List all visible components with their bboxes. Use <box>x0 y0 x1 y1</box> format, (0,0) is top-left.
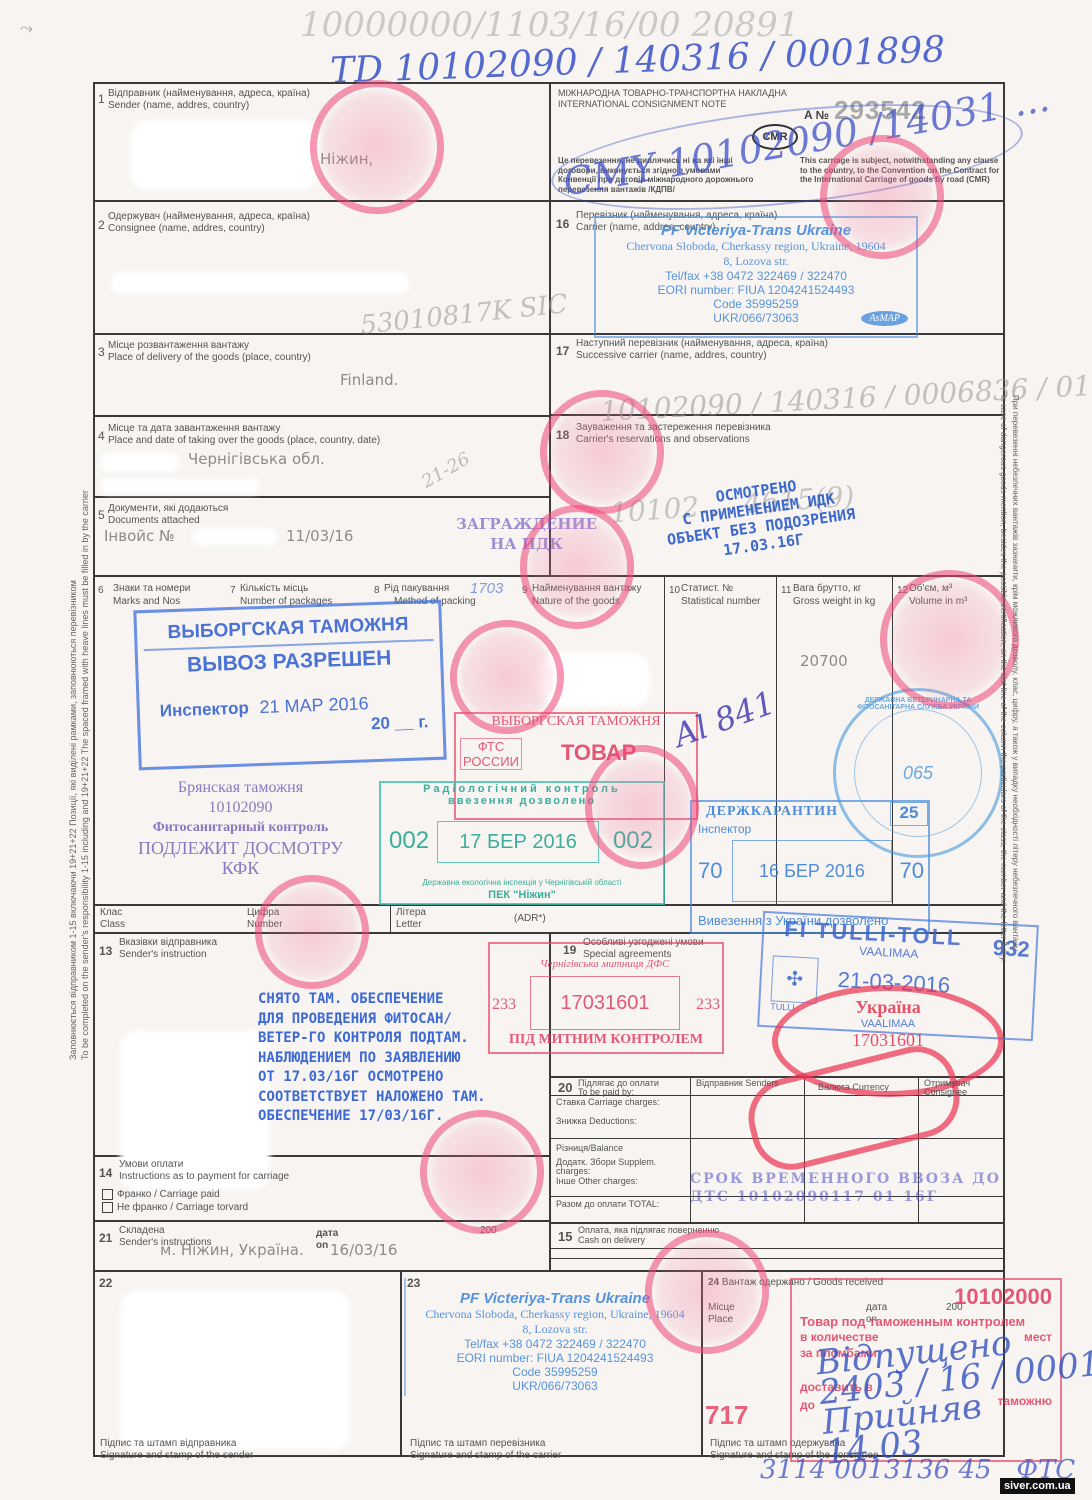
carriage-forward-checkbox[interactable] <box>102 1202 113 1213</box>
left-side-note-en: To be completed on the sender's responsi… <box>80 490 90 1060</box>
vyborg-customs-stamp: ВЫБОРГСКАЯ ТАМОЖНЯ ВЫВОЗ РАЗРЕШЕН Инспек… <box>133 600 446 771</box>
radio-code-left: 002 <box>389 827 429 855</box>
field-1-label-en: Sender (name, addres, country) <box>108 100 249 111</box>
vyborg-date: 21 МАР 2016 <box>259 693 369 717</box>
redacted-date <box>100 478 260 494</box>
field-1-number: 1 <box>98 92 105 106</box>
row-balance: Різниця/Balance <box>556 1143 623 1154</box>
vet-seal-code: 065 <box>836 763 1000 784</box>
established-place-value[interactable]: м. Ніжин, Україна. <box>160 1241 304 1259</box>
sniato-line-1: СНЯТО ТАМ. ОБЕСПЕЧЕНИЕ <box>258 990 486 1010</box>
field-10-number: 10 <box>669 585 680 596</box>
carrier-code-bottom: Code 35995259 <box>406 1365 704 1379</box>
row-carriage-charges: Ставка Carriage charges: <box>556 1098 676 1107</box>
adr-class-ua: Клас <box>100 907 122 918</box>
chernihiv-number: 17031601 <box>530 976 680 1030</box>
field-22-number: 22 <box>99 1276 112 1290</box>
chernihiv-line-2: ПІД МИТНИМ КОНТРОЛЕМ <box>490 1032 722 1048</box>
field-22-sig-ua: Підпис та штамп відправника <box>100 1438 236 1449</box>
field-2-label-ua: Одержувач (найменування, адреса, країна) <box>108 211 310 222</box>
corner-mark-icon: ⤳ <box>20 20 33 38</box>
field-11-label-en: Gross weight in kg <box>793 596 875 607</box>
watermark-site: siver.com.ua <box>1000 1478 1075 1494</box>
right-side-note-en: In case of dangerous goods mention, besi… <box>999 395 1008 962</box>
field-20-number: 20 <box>558 1080 572 1095</box>
derzhkarantyn-inspector: Інспектор <box>698 822 751 836</box>
field-7-number: 7 <box>230 585 236 596</box>
redacted-sender-signature <box>120 1290 350 1450</box>
row-supplementary-charges: Додатк. Збори Supplem. charges: <box>556 1158 676 1176</box>
title-ua: МІЖНАРОДНА ТОВАРНО-ТРАНСПОРТНА НАКЛАДНА <box>558 88 787 99</box>
field-10-label-ua: Статист. № <box>681 583 733 594</box>
company-seal <box>540 390 664 514</box>
carriage-paid-checkbox[interactable] <box>102 1189 113 1200</box>
carrier-eori-bottom: EORI number: FIUA 1204241524493 <box>406 1351 704 1365</box>
customs-717-number: 717 <box>705 1400 748 1431</box>
field-3-label-ua: Місце розвантаження вантажу <box>108 340 249 351</box>
field-4-label-en: Place and date of taking over the goods … <box>108 435 380 446</box>
redacted-sender <box>130 120 320 190</box>
sniato-line-6: СООТВЕТСТВУЕТ НАЛОЖЕНО ТАМ. <box>258 1088 486 1108</box>
field-5-label-ua: Документи, які додаються <box>108 503 228 514</box>
field-13-label-en: Sender's instruction <box>119 949 207 960</box>
tulli-line-2: VAALIMAA <box>859 944 919 961</box>
field-5-label-en: Documents attached <box>108 515 200 526</box>
sniato-line-4: НАБЛЮДЕНИЕМ ПО ЗАЯВЛЕНИЮ <box>258 1049 486 1069</box>
sniato-line-2: ДЛЯ ПРОВЕДЕНИЯ ФИТОСАН/ <box>258 1010 486 1030</box>
bryansk-line-4: ПОДЛЕЖИТ ДОСМОТРУ <box>118 838 363 858</box>
field-14-number: 14 <box>99 1166 112 1180</box>
chernihiv-line-1: Чернігівська митниця ДФС <box>540 958 669 970</box>
field-16-number: 16 <box>556 217 569 231</box>
field-11-number: 11 <box>781 585 791 596</box>
field-1-label-ua: Відправник (найменування, адреса, країна… <box>108 88 310 99</box>
sniato-line-3: ВЕТЕР-ГО КОНТРОЛЯ ПОДТАМ. <box>258 1029 486 1049</box>
derzhkarantyn-date: 16 БЕР 2016 <box>732 840 892 902</box>
row-total: Разом до оплати TOTAL: <box>556 1200 676 1209</box>
packing-stamp: 1703 <box>470 580 503 597</box>
company-seal <box>645 1230 769 1354</box>
field-8-number: 8 <box>374 585 380 596</box>
vyborg-red-line-2: ФТС РОССИИ <box>460 738 522 770</box>
bryansk-line-3: Фитосанитарный контроль <box>118 818 363 838</box>
bryansk-line-1: Брянская таможня <box>118 778 363 798</box>
carrier-tel: Tel/fax +38 0472 322469 / 322470 <box>596 269 916 283</box>
field-8-label-ua: Рід пакування <box>384 583 449 594</box>
adr-letter-en: Letter <box>396 919 422 930</box>
invoice-date[interactable]: 11/03/16 <box>286 527 353 545</box>
title-en: INTERNATIONAL CONSIGNMENT NOTE <box>558 99 726 110</box>
ukraine-red-number: 17031601 <box>778 1030 998 1051</box>
field-21-date-en: on <box>316 1240 328 1251</box>
radio-line-4: ПЕК "Ніжин" <box>381 889 663 901</box>
field-21-number: 21 <box>99 1231 112 1245</box>
derzhkarantyn-code-right: 70 <box>900 858 924 884</box>
field-23-sig-en: Signature and stamp of the carrier <box>410 1450 561 1461</box>
customs-goods-code: 10102000 <box>954 1284 1052 1310</box>
derzhkarantyn-code-left: 70 <box>698 858 722 884</box>
left-side-note-ua: Заповнюється відправником 1-15 включаючи… <box>68 580 78 1060</box>
derzhkarantyn-line-1: ДЕРЖКАРАНТИН <box>706 804 838 820</box>
adr-letter-ua: Літера <box>396 907 426 918</box>
asmap-badge: AsMAP <box>861 311 908 326</box>
redacted-consignee <box>110 272 410 294</box>
field-13-number: 13 <box>99 944 112 958</box>
carrier-code: Code 35995259 <box>596 297 916 311</box>
company-seal <box>450 620 564 734</box>
field-3-number: 3 <box>98 345 105 359</box>
field-11-label-ua: Вага брутто, кг <box>793 583 861 594</box>
company-seal <box>820 135 944 259</box>
vet-phyto-seal: 065 ДЕРЖАВНА ВЕТЕРИНАРНА ТА ФІТОСАНІТАРН… <box>833 688 1003 858</box>
bryansk-line-2: 10102090 <box>118 798 363 818</box>
field-17-label-en: Successive carrier (name, addres, countr… <box>576 350 767 361</box>
customs-goods-line-7: до <box>800 1398 815 1412</box>
row-other-charges: Інше Other charges: <box>556 1177 676 1186</box>
bryansk-customs-stamp: Брянская таможня 10102090 Фитосанитарный… <box>118 778 363 878</box>
company-seal <box>255 875 369 989</box>
sniato-line-5: ОТ 17.03/16Г ОСМОТРЕНО <box>258 1068 486 1088</box>
redacted-place <box>100 452 180 472</box>
srok-line-2: ДТС 10102090117 01 16Г <box>690 1188 1001 1206</box>
vyborg-inspector: Инспектор <box>159 698 249 720</box>
chernihiv-code-right: 233 <box>696 996 720 1014</box>
carriage-paid-option[interactable]: Франко / Carriage paid <box>102 1189 220 1200</box>
field-7-label-ua: Кількість місць <box>240 583 308 594</box>
temporary-import-stamp: СРОК ВРЕМЕННОГО ВВОЗА ДО ДТС 10102090117… <box>690 1170 1001 1206</box>
taking-over-place-value[interactable]: Чернігівська обл. <box>188 450 325 468</box>
col-currency: Валюта Currency <box>818 1082 889 1093</box>
company-seal <box>585 745 699 869</box>
field-17-number: 17 <box>556 344 569 358</box>
redacted-invoice-number <box>192 528 277 546</box>
radio-date: 17 БЕР 2016 <box>437 821 599 863</box>
field-15-number: 15 <box>558 1229 572 1244</box>
adr-class-en: Class <box>100 919 125 930</box>
field-10-label-en: Statistical number <box>681 596 760 607</box>
field-2-label-en: Consignee (name, addres, country) <box>108 223 265 234</box>
col-senders: Відправник Senders <box>696 1079 796 1088</box>
carrier-eori: EORI number: FIUA 1204241524493 <box>596 283 916 297</box>
field-13-label-ua: Вказівки відправника <box>119 937 217 948</box>
customs-seal-removed-stamp: СНЯТО ТАМ. ОБЕСПЕЧЕНИЕ ДЛЯ ПРОВЕДЕНИЯ ФИ… <box>258 990 486 1127</box>
field-21-date-ua: дата <box>316 1228 338 1239</box>
field-6-label-en: Marks and Nos <box>113 596 180 607</box>
field-3-label-en: Place of delivery of the goods (place, c… <box>108 352 311 363</box>
field-14-label-en: Instructions as to payment for carriage <box>119 1171 289 1182</box>
established-date-value[interactable]: 16/03/16 <box>330 1241 397 1259</box>
field-17-label-ua: Наступний перевізник (найменування, адре… <box>576 338 828 349</box>
carrier-tel-bottom: Tel/fax +38 0472 322469 / 322470 <box>406 1337 704 1351</box>
chernihiv-customs-stamp: Чернігівська митниця ДФС 233 17031601 23… <box>488 942 724 1054</box>
field-6-label-ua: Знаки та номери <box>113 583 190 594</box>
chernihiv-code-left: 233 <box>492 996 516 1014</box>
field-21-label-ua: Складена <box>119 1225 165 1236</box>
field-6-number: 6 <box>98 585 104 596</box>
field-23-sig-ua: Підпис та штамп перевізника <box>410 1438 545 1449</box>
delivery-place-value[interactable]: Finland. <box>340 371 398 389</box>
row-deductions: Знижка Deductions: <box>556 1117 676 1126</box>
field-22-sig-en: Signature and stamp of the sender <box>100 1450 253 1461</box>
bryansk-line-5: КФК <box>118 858 363 878</box>
field-4-label-ua: Місце та дата завантаження вантажу <box>108 423 280 434</box>
field-5-number: 5 <box>98 508 105 522</box>
carrier-ukr-bottom: UKR/066/73063 <box>406 1379 704 1393</box>
field-15-label-en: Cash on delivery <box>578 1235 645 1246</box>
vyborg-line-2: ВЫВОЗ РАЗРЕШЕН <box>138 645 441 680</box>
field-14-label-ua: Умови оплати <box>119 1159 183 1170</box>
carriage-forward-option[interactable]: Не франко / Carriage torvard <box>102 1202 248 1213</box>
company-seal <box>310 80 444 214</box>
srok-line-1: СРОК ВРЕМЕННОГО ВВОЗА ДО <box>690 1170 1001 1188</box>
company-seal <box>520 505 634 629</box>
radio-line-3: Державна екологічна інспекція у Чернігів… <box>381 878 663 887</box>
adr-label: (ADR*) <box>514 913 546 924</box>
ukraine-red-vaalimaa: VAALIMAA <box>778 1018 998 1030</box>
field-4-number: 4 <box>98 429 105 443</box>
field-2-number: 2 <box>98 218 105 232</box>
col-consignee: Отримувач Consignee <box>924 1079 994 1097</box>
company-seal <box>420 1110 544 1234</box>
right-side-note-ua: При перевезенні небезпечних вантажів заз… <box>1011 395 1020 952</box>
invoice-label: Інвойс № <box>104 527 175 545</box>
gross-weight-value[interactable]: 20700 <box>800 652 848 670</box>
ukraine-red-line-1: Україна <box>778 997 998 1018</box>
